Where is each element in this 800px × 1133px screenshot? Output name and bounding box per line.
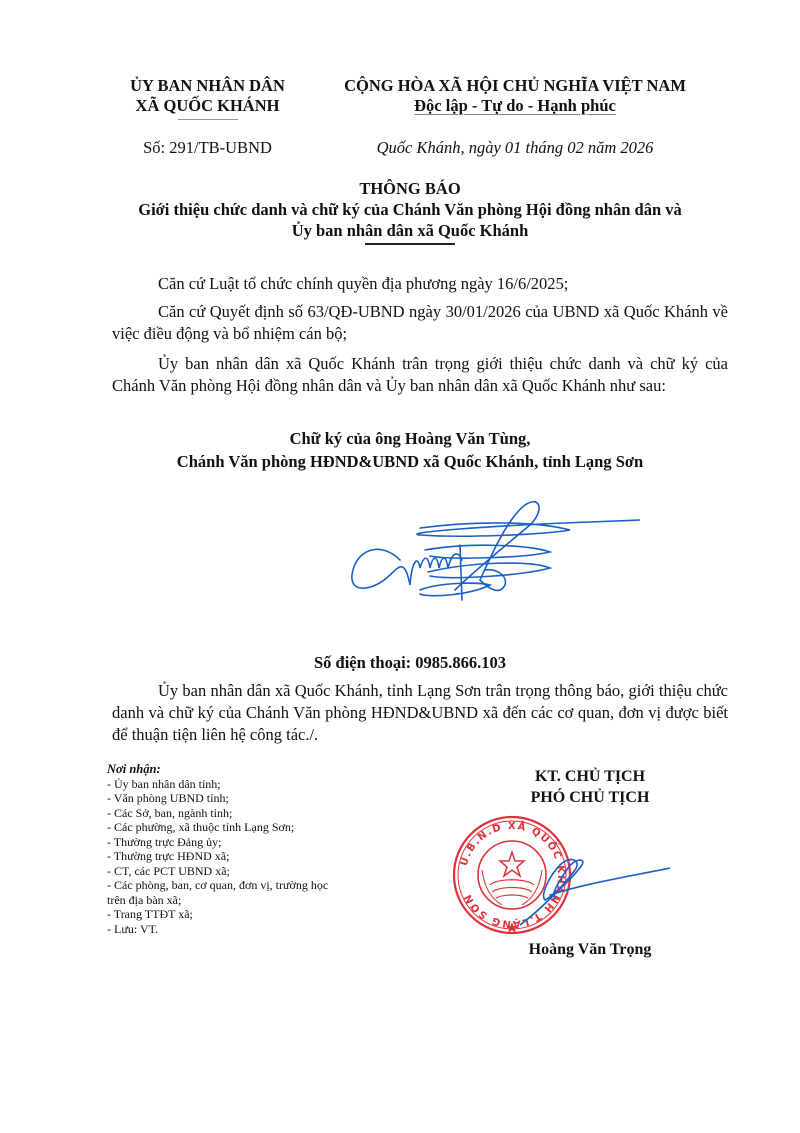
closing-text: Ủy ban nhân dân xã Quốc Khánh, tỉnh Lạng… [112, 680, 728, 746]
intro-text: Ủy ban nhân dân xã Quốc Khánh trân trọng… [112, 353, 728, 397]
title-underline [365, 243, 455, 245]
national-title: CỘNG HÒA XÃ HỘI CHỦ NGHĨA VIỆT NAM Độc l… [325, 76, 705, 116]
recipient-item: - Các phường, xã thuộc tỉnh Lạng Sơn; [107, 820, 407, 835]
signer-signature-image [520, 850, 670, 930]
national-motto: Độc lập - Tự do - Hạnh phúc [414, 96, 616, 115]
on-behalf-label: KT. CHỦ TỊCH [470, 766, 710, 787]
signing-authority: KT. CHỦ TỊCH PHÓ CHỦ TỊCH [470, 766, 710, 808]
recipients-list: Nơi nhận: - Ủy ban nhân dân tỉnh; - Văn … [107, 762, 407, 936]
subject-line-1: Giới thiệu chức danh và chữ ký của Chánh… [100, 199, 720, 220]
recipient-item: - Văn phòng UBND tỉnh; [107, 791, 407, 806]
place-date: Quốc Khánh, ngày 01 tháng 02 năm 2026 [325, 138, 705, 158]
doc-type: THÔNG BÁO [100, 178, 720, 199]
recipient-item: - Các Sở, ban, ngành tỉnh; [107, 806, 407, 821]
recipient-item: - Ủy ban nhân dân tỉnh; [107, 777, 407, 792]
recipient-item: - Thường trực HĐND xã; [107, 849, 407, 864]
recipient-item: - Thường trực Đảng ủy; [107, 835, 407, 850]
subject-line-2: Ủy ban nhân dân xã Quốc Khánh [100, 220, 720, 241]
republic-name: CỘNG HÒA XÃ HỘI CHỦ NGHĨA VIỆT NAM [325, 76, 705, 96]
legal-basis-1: Căn cứ Luật tổ chức chính quyền địa phươ… [112, 273, 728, 295]
recipient-item: - Các phòng, ban, cơ quan, đơn vị, trườn… [107, 878, 407, 893]
closing-paragraph: Ủy ban nhân dân xã Quốc Khánh, tỉnh Lạng… [112, 680, 728, 746]
sample-signature-image [340, 490, 640, 620]
signature-caption-line-2: Chánh Văn phòng HĐND&UBND xã Quốc Khánh,… [100, 450, 720, 473]
agency-underline [178, 119, 238, 120]
recipient-item: - Lưu: VT. [107, 922, 407, 937]
legal-basis-2: Căn cứ Quyết định số 63/QĐ-UBND ngày 30/… [112, 301, 728, 345]
legal-basis-1-text: Căn cứ Luật tổ chức chính quyền địa phươ… [112, 273, 728, 295]
recipients-label: Nơi nhận: [107, 762, 407, 777]
agency-line-2: XÃ QUỐC KHÁNH [105, 96, 310, 116]
signer-position: PHÓ CHỦ TỊCH [470, 787, 710, 808]
legal-basis-2-text: Căn cứ Quyết định số 63/QĐ-UBND ngày 30/… [112, 301, 728, 345]
recipient-item: - CT, các PCT UBND xã; [107, 864, 407, 879]
recipient-item: trên địa bàn xã; [107, 893, 407, 908]
issuing-agency: ỦY BAN NHÂN DÂN XÃ QUỐC KHÁNH [105, 76, 310, 120]
signature-caption-line-1: Chữ ký của ông Hoàng Văn Tùng, [100, 427, 720, 450]
recipient-item: - Trang TTĐT xã; [107, 907, 407, 922]
document-title: THÔNG BÁO Giới thiệu chức danh và chữ ký… [100, 178, 720, 245]
signer-name: Hoàng Văn Trọng [470, 941, 710, 959]
intro-paragraph: Ủy ban nhân dân xã Quốc Khánh trân trọng… [112, 353, 728, 397]
document-number: Số: 291/TB-UBND [105, 138, 310, 158]
signature-caption: Chữ ký của ông Hoàng Văn Tùng, Chánh Văn… [100, 427, 720, 473]
phone-number: Số điện thoại: 0985.866.103 [100, 653, 720, 673]
agency-line-1: ỦY BAN NHÂN DÂN [105, 76, 310, 96]
